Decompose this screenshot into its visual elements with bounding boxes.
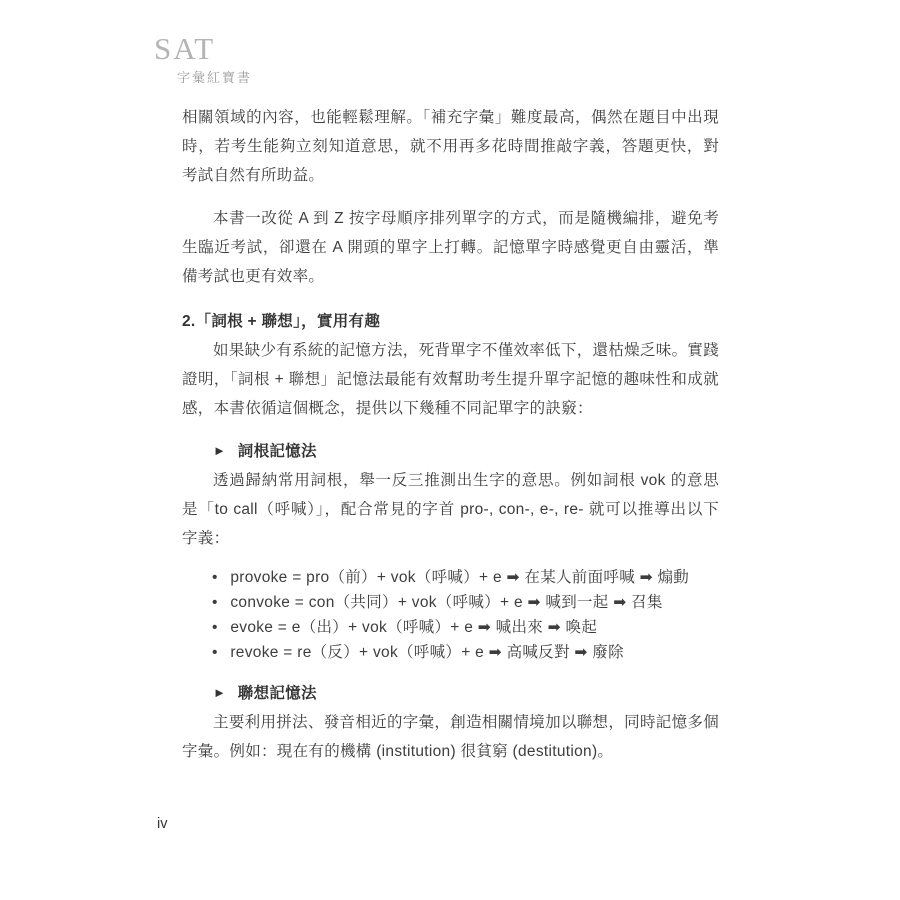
- right-triangle-icon: ►: [213, 685, 226, 700]
- bullet-icon: •: [212, 594, 218, 611]
- example-text: revoke = re（反）+ vok（呼喊）+ e ➡ 高喊反對 ➡ 廢除: [230, 644, 624, 661]
- method-title: 聯想記憶法: [238, 685, 317, 702]
- paragraph-association-method-intro: 主要利用拼法、發音相近的字彙，創造相關情境加以聯想，同時記憶多個字彙。例如：現在…: [182, 708, 719, 766]
- paragraph-root-method-intro: 透過歸納常用詞根，舉一反三推測出生字的意思。例如詞根 vok 的意思是「to c…: [182, 466, 719, 553]
- example-text: evoke = e（出）+ vok（呼喊）+ e ➡ 喊出來 ➡ 喚起: [230, 619, 597, 636]
- bullet-icon: •: [212, 569, 218, 586]
- brand-logo: SAT 字彙紅寶書: [154, 33, 252, 86]
- section-heading: 2.「詞根 + 聯想」，實用有趣: [182, 307, 719, 336]
- example-text: convoke = con（共同）+ vok（呼喊）+ e ➡ 喊到一起 ➡ 召…: [230, 594, 662, 611]
- page-number: iv: [157, 816, 167, 832]
- bullet-icon: •: [212, 644, 218, 661]
- list-item: • convoke = con（共同）+ vok（呼喊）+ e ➡ 喊到一起 ➡…: [212, 590, 719, 615]
- example-list: • provoke = pro（前）+ vok（呼喊）+ e ➡ 在某人前面呼喊…: [182, 565, 719, 665]
- page-body: 相關領域的內容，也能輕鬆理解。「補充字彙」難度最高，偶然在題目中出現時，若考生能…: [182, 103, 719, 766]
- method-title: 詞根記憶法: [238, 443, 317, 460]
- right-triangle-icon: ►: [213, 443, 226, 458]
- book-page: SAT 字彙紅寶書 相關領域的內容，也能輕鬆理解。「補充字彙」難度最高，偶然在題…: [0, 0, 900, 900]
- example-text: provoke = pro（前）+ vok（呼喊）+ e ➡ 在某人前面呼喊 ➡…: [230, 569, 689, 586]
- list-item: • evoke = e（出）+ vok（呼喊）+ e ➡ 喊出來 ➡ 喚起: [212, 615, 719, 640]
- subheading-association-method: ► 聯想記憶法: [182, 679, 719, 708]
- list-item: • provoke = pro（前）+ vok（呼喊）+ e ➡ 在某人前面呼喊…: [212, 565, 719, 590]
- paragraph-random-order: 本書一改從 A 到 Z 按字母順序排列單字的方式，而是隨機編排，避免考生臨近考試…: [182, 204, 719, 291]
- brand-logo-text: SAT: [154, 33, 252, 64]
- paragraph-section-intro: 如果缺少有系統的記憶方法，死背單字不僅效率低下，還枯燥乏味。實踐證明，「詞根 +…: [182, 336, 719, 423]
- brand-logo-subtitle: 字彙紅寶書: [177, 67, 252, 86]
- list-item: • revoke = re（反）+ vok（呼喊）+ e ➡ 高喊反對 ➡ 廢除: [212, 640, 719, 665]
- paragraph-supplementary-vocab: 相關領域的內容，也能輕鬆理解。「補充字彙」難度最高，偶然在題目中出現時，若考生能…: [182, 103, 719, 190]
- bullet-icon: •: [212, 619, 218, 636]
- subheading-root-method: ► 詞根記憶法: [182, 437, 719, 466]
